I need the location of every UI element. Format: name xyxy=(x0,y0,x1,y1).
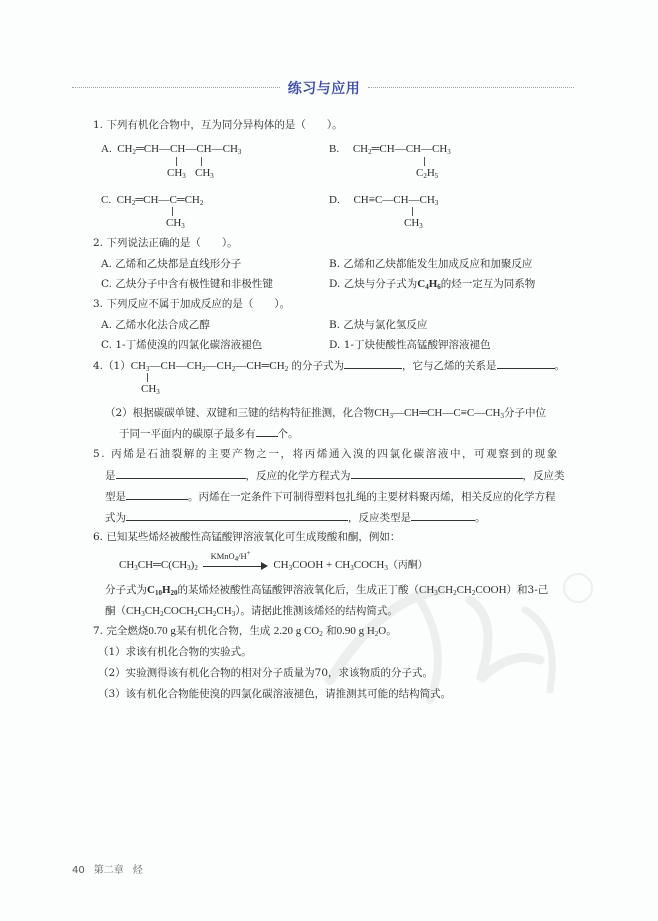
q5-answer-blank-3[interactable] xyxy=(126,489,188,500)
q4-part2-line2-a: 于同一平面内的碳原子最多有 xyxy=(119,428,256,440)
q5-answer-blank-5[interactable] xyxy=(411,510,475,521)
q5-line3-b: 。丙烯在一定条件下可制得塑料包扎绳的主要材料聚丙烯，相关反应的化学方程 xyxy=(188,491,556,503)
q3-option-d: D. 1-丁炔使酸性高锰酸钾溶液褪色 xyxy=(329,338,490,352)
q5-answer-blank-1[interactable] xyxy=(116,468,246,479)
chapter-title: 烃 xyxy=(133,865,143,876)
dotted-rule-right xyxy=(368,87,574,88)
section-header: 练习与应用 xyxy=(72,78,574,96)
q4-part2-suffix: 分子中位 xyxy=(504,407,546,419)
q2-stem: 2. 下列说法正确的是（ ）。 xyxy=(93,236,238,250)
q1-option-c-formula: CH2═CH—C═CH2 xyxy=(117,194,204,206)
q4-answer-blank-3[interactable] xyxy=(256,426,278,437)
q3-option-a: A. 乙烯水化法合成乙醇 xyxy=(101,318,210,332)
q1-a-branch-2: CH3 xyxy=(195,166,214,180)
q6-line3-b: 的某烯烃被酸性高锰酸钾溶液氧化后，生成正丁酸（CH3CH2CH2COOH）和3-… xyxy=(178,584,549,596)
q5-line4-b: ，反应类型是 xyxy=(348,512,411,524)
q5-line3-a: 型是 xyxy=(105,491,126,503)
q4-answer-blank-2[interactable] xyxy=(497,358,555,369)
q5-answer-blank-4[interactable] xyxy=(126,510,348,521)
dotted-rule-left xyxy=(72,87,280,88)
reaction-arrow-icon: KMnO4/H+ xyxy=(203,558,269,572)
q1-a-branch-1: CH3 xyxy=(167,166,186,180)
q4-part1-formula: CH3—CH—CH2—CH2—CH═CH2 xyxy=(131,360,288,372)
chapter-label: 第二章 xyxy=(94,865,124,876)
q5-line4-c: 。 xyxy=(475,512,486,524)
page-number: 40 xyxy=(72,865,85,876)
q1-option-a: A. CH2═CH—CH—CH—CH3 xyxy=(101,142,241,156)
q1-b-branch: C2H5 xyxy=(416,166,438,180)
q2-option-d: D. 乙炔与分子式为C4H6的烃一定互为同系物 xyxy=(329,277,535,291)
q1-option-a-label: A. xyxy=(101,143,112,155)
q5-line2-b: ，反应的化学方程式为 xyxy=(246,470,351,482)
q2-option-a: A. 乙烯和乙炔都是直线形分子 xyxy=(101,257,241,271)
q1-option-c: C. CH2═CH—C═CH2 xyxy=(101,193,203,207)
q1-stem: 1. 下列有机化合物中，互为同分异构体的是（ ）。 xyxy=(93,118,343,132)
q1-c-bond xyxy=(172,207,173,216)
q1-option-c-label: C. xyxy=(101,194,111,206)
section-title: 练习与应用 xyxy=(286,78,362,98)
q4-part2: （2）根据碳碳单键、双键和三键的结构特征推测，化合物CH3—CH═CH—C≡C—… xyxy=(105,406,546,420)
q1-option-d: D. CH≡C—CH—CH3 xyxy=(329,193,438,207)
q6-stem: 6. 已知某些烯烃被酸性高锰酸钾溶液氧化可生成羧酸和酮，例如： xyxy=(93,530,400,544)
q3-option-c: C. 1-丁烯使溴的四氯化碳溶液褪色 xyxy=(101,338,262,352)
textbook-page: 练习与应用 1. 下列有机化合物中，互为同分异构体的是（ ）。 A. CH2═C… xyxy=(0,0,658,921)
q2-option-d-suffix: 的烃一定互为同系物 xyxy=(441,278,536,290)
q5-answer-blank-2[interactable] xyxy=(351,468,523,479)
q4-bond xyxy=(147,373,148,382)
q6-eq-note: （丙酮） xyxy=(388,560,428,571)
q1-option-d-formula: CH≡C—CH—CH3 xyxy=(353,194,438,206)
q4-part2-line2: 于同一平面内的碳原子最多有个。 xyxy=(119,426,299,441)
q6-eq-left: CH3CH═C(CH3)2 xyxy=(119,559,198,571)
q1-d-branch: CH3 xyxy=(404,216,423,230)
q5-line1: 5. 丙烯是石油裂解的主要产物之一，将丙烯通入溴的四氯化碳溶液中，可观察到的现象 xyxy=(93,447,559,461)
q4-part2-formula: CH3—CH═CH—C≡C—CH3 xyxy=(374,407,504,419)
q2-option-d-prefix: D. 乙炔与分子式为 xyxy=(329,278,417,290)
q1-b-bond xyxy=(424,157,425,166)
q7-part-2: （2）实验测得该有机化合物的相对分子质量为70，求该物质的分子式。 xyxy=(98,666,433,680)
q4-part1: 4.（1）CH3—CH—CH2—CH2—CH═CH2 的分子式为，它与乙烯的关系… xyxy=(93,358,565,373)
q1-option-b-formula: CH2═CH—CH—CH3 xyxy=(353,143,451,155)
q1-option-d-label: D. xyxy=(329,194,340,206)
q3-option-b: B. 乙炔与氯化氢反应 xyxy=(329,318,427,332)
q4-part1-text1: 的分子式为 xyxy=(288,360,344,372)
q6-line3-formula: C10H20 xyxy=(147,584,178,596)
q5-line4-a: 式为 xyxy=(105,512,126,524)
q6-line3: 分子式为C10H20的某烯烃被酸性高锰酸钾溶液氧化后，生成正丁酸（CH3CH2C… xyxy=(105,583,548,597)
q7-part-3: （3）该有机化合物能使溴的四氯化碳溶液褪色，请推测其可能的结构简式。 xyxy=(98,687,451,701)
q1-a-bond-2 xyxy=(201,157,202,166)
page-footer: 40第二章烃 xyxy=(72,861,152,876)
q4-answer-blank-1[interactable] xyxy=(344,358,402,369)
q6-line3-a: 分子式为 xyxy=(105,584,147,596)
q7-part-1: （1）求该有机化合物的实验式。 xyxy=(98,645,252,659)
q1-d-bond xyxy=(412,207,413,216)
q6-line4: 酮（CH3CH2COCH2CH2CH3）。请据此推测该烯烃的结构简式。 xyxy=(105,604,398,618)
q5-line4: 式为，反应类型是。 xyxy=(105,510,486,525)
q3-stem: 3. 下列反应不属于加成反应的是（ ）。 xyxy=(93,297,290,311)
q1-option-a-formula: CH2═CH—CH—CH—CH3 xyxy=(117,143,241,155)
q6-eq-condition: KMnO4/H+ xyxy=(211,549,251,563)
q4-part2-line2-b: 个。 xyxy=(278,428,299,440)
q1-option-b: B. CH2═CH—CH—CH3 xyxy=(329,142,451,156)
q7-stem: 7. 完全燃烧0.70 g某有机化合物，生成 2.20 g CO2 和0.90 … xyxy=(93,624,397,638)
q6-eq-right: CH3COOH + CH3COCH3 xyxy=(273,559,388,571)
q4-part1-end: 。 xyxy=(555,360,566,372)
q2-option-b: B. 乙烯和乙炔都能发生加成反应和加聚反应 xyxy=(329,257,532,271)
q1-a-bond-1 xyxy=(176,157,177,166)
q5-line2-c: ，反应类 xyxy=(523,470,565,482)
q2-option-d-formula: C4H6 xyxy=(417,278,441,290)
q5-line2: 是，反应的化学方程式为，反应类 xyxy=(105,468,565,483)
q2-option-c: C. 乙炔分子中含有极性键和非极性键 xyxy=(101,277,273,291)
q4-branch: CH3 xyxy=(141,382,160,396)
q4-part1-prefix: 4.（1） xyxy=(93,360,131,372)
q5-line2-a: 是 xyxy=(105,470,116,482)
q1-c-branch: CH3 xyxy=(166,216,185,230)
q5-line3: 型是。丙烯在一定条件下可制得塑料包扎绳的主要材料聚丙烯，相关反应的化学方程 xyxy=(105,489,556,504)
q6-equation: CH3CH═C(CH3)2 KMnO4/H+ CH3COOH + CH3COCH… xyxy=(119,558,428,573)
q4-part2-prefix: （2）根据碳碳单键、双键和三键的结构特征推测，化合物 xyxy=(105,407,374,419)
q1-option-b-label: B. xyxy=(329,143,339,155)
q4-part1-text2: ，它与乙烯的关系是 xyxy=(402,360,497,372)
